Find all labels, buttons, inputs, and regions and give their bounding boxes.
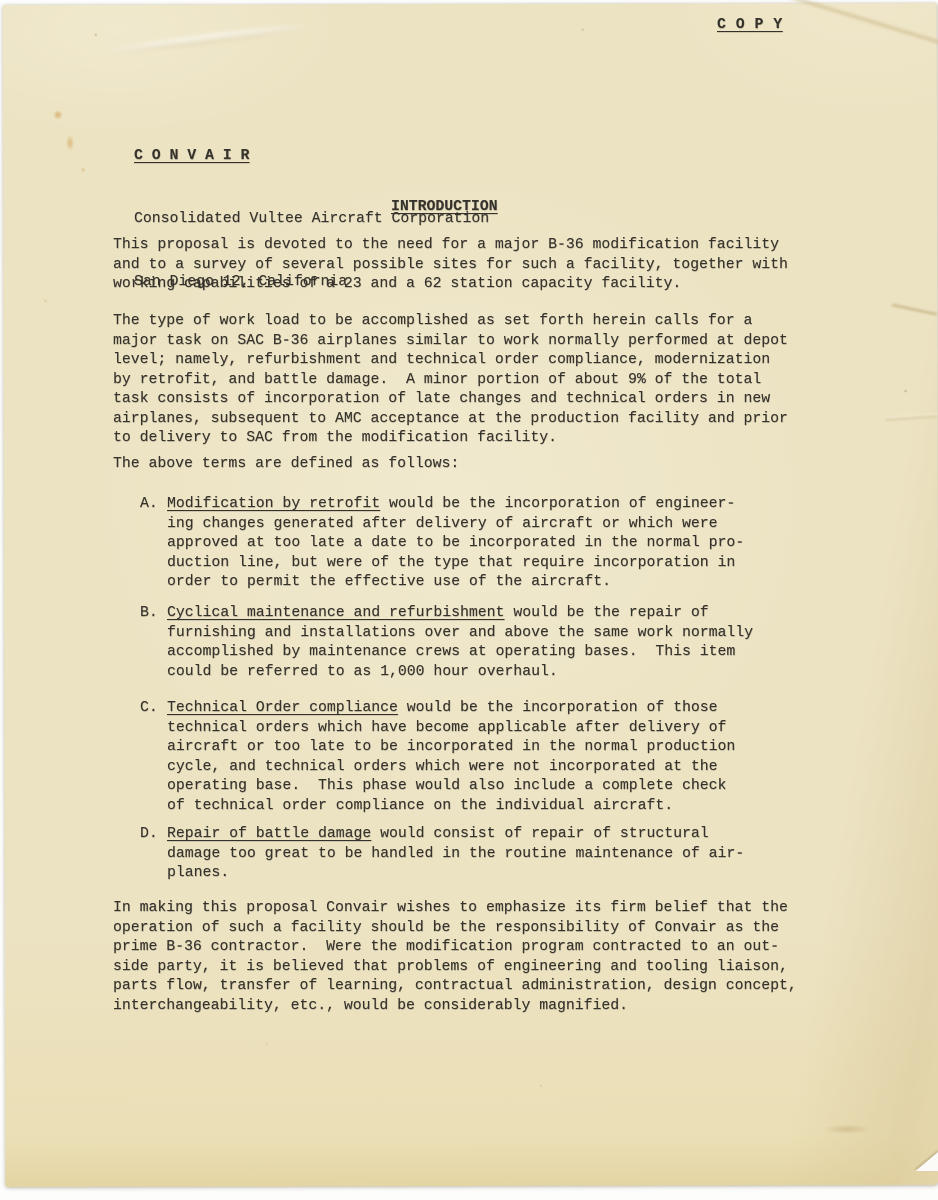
term-item-a: A. Modification by retrofit would be the… [140, 495, 795, 593]
term-item-c: C. Technical Order compliance would be t… [140, 699, 795, 816]
term-lead-phrase: Repair of battle damage [167, 826, 371, 842]
term-definition: Repair of battle damage would consist of… [167, 825, 795, 884]
scanned-document: C O P Y C O N V A I R Consolidated Vulte… [0, 0, 938, 1200]
term-rest-text: would be the incorporation of those tech… [167, 700, 735, 814]
typewritten-content: C O P Y C O N V A I R Consolidated Vulte… [0, 0, 938, 1200]
term-item-d: D. Repair of battle damage would consist… [140, 825, 795, 884]
letterhead: C O N V A I R Consolidated Vultee Aircra… [134, 104, 489, 335]
paragraph-work-load: The type of work load to be accomplished… [113, 312, 833, 449]
section-heading-introduction: INTRODUCTION [391, 198, 498, 218]
term-marker: A. [140, 495, 167, 593]
term-definition: Cyclical maintenance and refurbishment w… [167, 604, 795, 682]
term-definition: Technical Order compliance would be the … [167, 699, 795, 816]
term-item-b: B. Cyclical maintenance and refurbishmen… [140, 604, 795, 682]
term-definition: Modification by retrofit would be the in… [167, 495, 795, 593]
term-lead-phrase: Modification by retrofit [167, 496, 380, 512]
paragraph-proposal-purpose: This proposal is devoted to the need for… [113, 236, 833, 295]
term-marker: B. [140, 604, 167, 682]
terms-lead-in: The above terms are defined as follows: [113, 455, 833, 475]
paragraph-closing: In making this proposal Convair wishes t… [113, 899, 833, 1016]
company-name: C O N V A I R [134, 146, 489, 167]
term-lead-phrase: Cyclical maintenance and refurbishment [167, 605, 504, 621]
term-marker: C. [140, 699, 167, 816]
term-marker: D. [140, 825, 167, 884]
term-lead-phrase: Technical Order compliance [167, 700, 398, 716]
copy-stamp: C O P Y [717, 16, 783, 36]
